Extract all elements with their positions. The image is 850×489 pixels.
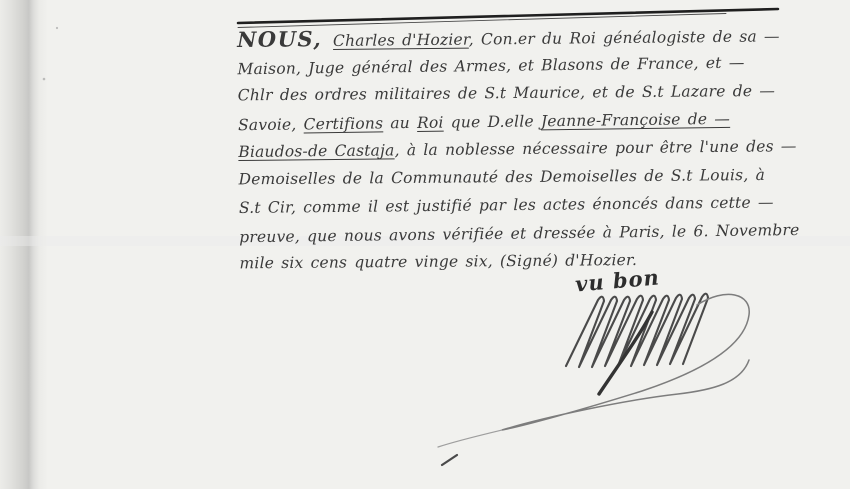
signature-flourish-tail [438,430,502,447]
text-segment: Savoie, [238,115,304,134]
manuscript-line: mile six cens quatre vinge six, (Signé) … [239,244,850,277]
text-segment: , à la noblesse nécessaire pour être l'u… [394,137,796,159]
manuscript-page: NOUS, Charles d'Hozier, Con.er du Roi gé… [0,0,850,489]
manuscript-lines: NOUS, Charles d'Hozier, Con.er du Roi gé… [237,20,850,278]
signature-scrawl [566,294,708,367]
signature-descender [599,312,652,394]
text-segment: S.t Cir, comme il est justifié par les a… [239,193,774,217]
text-segment: NOUS, [237,26,333,52]
ink-speck [56,27,58,29]
underlined-text: Certifions [303,114,383,133]
manuscript-text-block: NOUS, Charles d'Hozier, Con.er du Roi gé… [237,20,850,278]
underlined-text: Biaudos-de Castaja [238,141,394,161]
manuscript-line: Demoiselles de la Communauté des Demoise… [238,160,850,193]
text-segment: que D.elle [443,112,541,131]
pen-mark [442,455,457,465]
text-segment: Maison, Juge général des Armes, et Blaso… [237,54,744,79]
text-segment: , Con.er du Roi généalogiste de sa — [469,27,780,48]
text-segment: au [383,114,417,132]
text-segment: Chlr des ordres militaires de S.t Mauric… [238,82,775,105]
signature-flourish [502,294,749,430]
underlined-text: Roi [417,114,444,132]
underlined-text: Charles d'Hozier [333,31,469,50]
underlined-text: Jeanne-Françoise de — [541,110,730,130]
signature: d'Hozier [438,294,749,447]
text-segment: preuve, que nous avons vérifiée et dress… [239,221,799,246]
text-segment: Demoiselles de la Communauté des Demoise… [239,166,766,188]
text-segment: mile six cens quatre vinge six, (Signé) … [239,251,637,272]
